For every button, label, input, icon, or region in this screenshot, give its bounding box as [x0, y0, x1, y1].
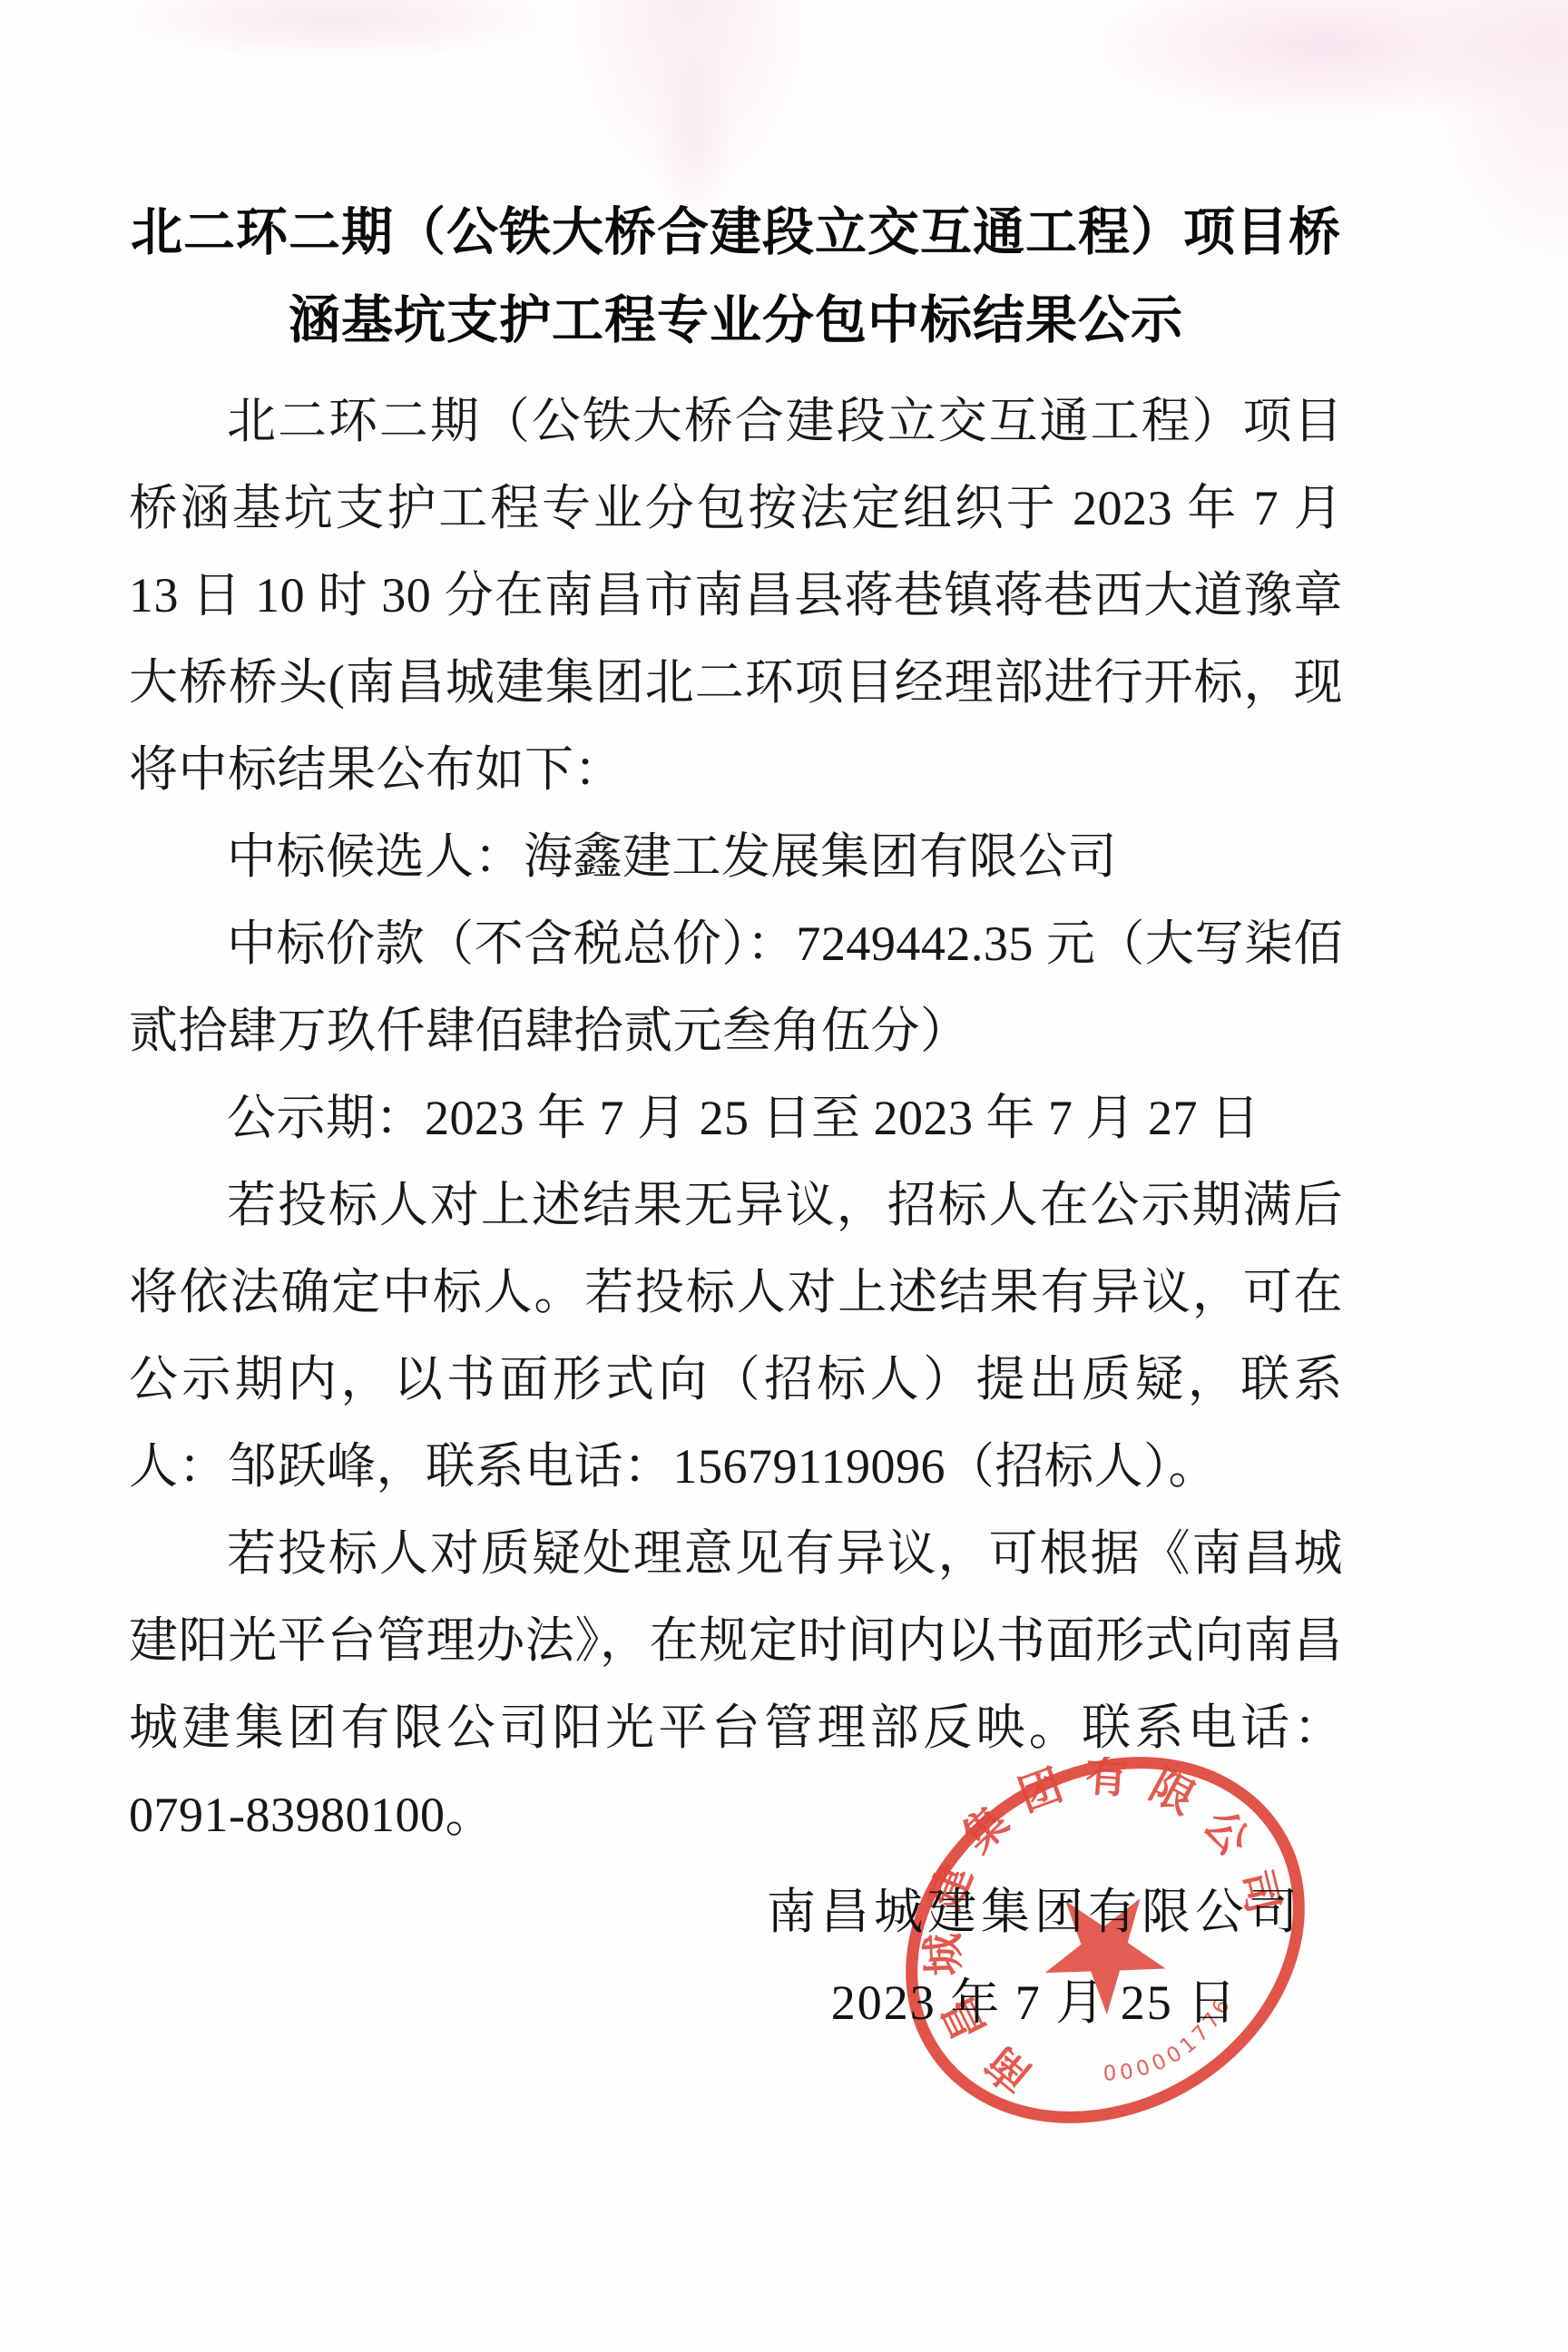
scan-artifact	[100, 0, 572, 64]
paragraph-appeal-procedure: 若投标人对质疑处理意见有异议，可根据《南昌城建阳光平台管理办法》，在规定时间内以…	[129, 1510, 1343, 1858]
signature-company: 南昌城建集团有限公司	[735, 1867, 1334, 1957]
scan-artifact	[1071, 0, 1568, 127]
document-body: 北二环二期（公铁大桥合建段立交互通工程）项目桥 涵基坑支护工程专业分包中标结果公…	[129, 189, 1343, 1858]
paragraph-publicity-period: 公示期：2023 年 7 月 25 日至 2023 年 7 月 27 日	[129, 1074, 1343, 1161]
scanned-document-page: 南昌城建集团有限公司 3600000177695 北二环二期（公铁大桥合建段立交…	[0, 0, 1568, 2352]
paragraph-opening: 北二环二期（公铁大桥合建段立交互通工程）项目桥涵基坑支护工程专业分包按法定组织于…	[129, 377, 1343, 813]
paragraph-objection-procedure: 若投标人对上述结果无异议，招标人在公示期满后将依法确定中标人。若投标人对上述结果…	[129, 1161, 1343, 1510]
paragraph-bid-price: 中标价款（不含税总价）：7249442.35 元（大写柒佰贰拾肆万玖仟肆佰肆拾贰…	[129, 900, 1343, 1074]
document-title-line1: 北二环二期（公铁大桥合建段立交互通工程）项目桥	[129, 189, 1343, 277]
document-title-line2: 涵基坑支护工程专业分包中标结果公示	[129, 277, 1343, 365]
paragraph-winning-bidder: 中标候选人：海鑫建工发展集团有限公司	[129, 813, 1343, 900]
paragraphs: 北二环二期（公铁大桥合建段立交互通工程）项目桥涵基坑支护工程专业分包按法定组织于…	[129, 377, 1343, 1858]
signature-block: 南昌城建集团有限公司 2023 年 7 月 25 日	[735, 1867, 1334, 2048]
scan-artifact	[1416, 0, 1568, 290]
document-title: 北二环二期（公铁大桥合建段立交互通工程）项目桥 涵基坑支护工程专业分包中标结果公…	[129, 189, 1343, 365]
signature-date: 2023 年 7 月 25 日	[735, 1957, 1334, 2048]
